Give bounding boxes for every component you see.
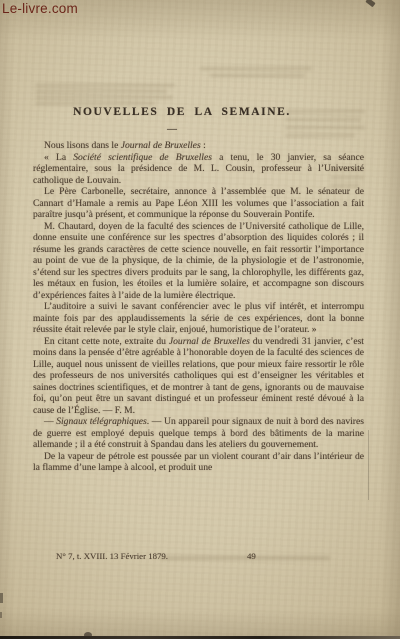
show-through-smudge [210,74,305,77]
italic-text: Société scientifique de Bruxelles [73,152,212,163]
scanned-page: Le-livre.com NOUVELLES DE LA SEMAINE. — … [0,0,400,639]
show-through-smudge [35,90,167,93]
text-run: Nous lisons dans le [44,140,121,151]
paragraph: — Signaux télégraphiques. — Un appareil … [33,416,364,451]
text-run: « La [44,152,73,163]
issue-info: N° 7, t. XVIII. 13 Février 1879. [56,551,168,561]
ink-mark [0,612,2,618]
paragraph: En citant cette note, extraite du Journa… [33,336,364,417]
article-title: NOUVELLES DE LA SEMAINE. [0,106,364,118]
paragraph: M. Chautard, doyen de la faculté des sci… [33,221,364,302]
body-text: Nous lisons dans le Journal de Bruxelles… [33,140,364,474]
paragraph: De la vapeur de pétrole est poussée par … [33,451,364,474]
show-through-smudge [35,102,155,105]
text-run: L’auditoire a suivi le savant conférenci… [33,301,364,335]
show-through-smudge [35,96,173,99]
text-run: M. Chautard, doyen de la faculté des sci… [33,221,364,301]
italic-text: Journal de Bruxelles [169,336,250,347]
text-run: : [201,140,206,151]
italic-text: Journal de Bruxelles [121,140,201,151]
paragraph: L’auditoire a suivi le savant conférenci… [33,301,364,336]
ink-mark [365,0,375,7]
show-through-smudge [200,67,312,70]
title-divider: — [0,124,344,135]
page-number: 49 [247,551,256,561]
ink-mark [0,593,3,603]
italic-text: Signaux télégraphiques [56,416,147,427]
paragraph: « La Société scientifique de Bruxelles a… [33,152,364,187]
scratch-mark [368,430,369,500]
page-footer: N° 7, t. XVIII. 13 Février 1879. 49 [33,551,364,565]
text-run: — [44,416,56,427]
paragraph: Le Père Carbonelle, secrétaire, annonce … [33,186,364,221]
show-through-smudge [35,84,175,87]
text-run: du vendredi 31 janvier, c’est moins dans… [33,336,364,416]
watermark: Le-livre.com [2,1,78,16]
text-run: Le Père Carbonelle, secrétaire, annonce … [33,186,364,220]
text-run: De la vapeur de pétrole est poussée par … [33,451,364,474]
show-through-smudge [285,118,361,121]
text-run: En citant cette note, extraite du [44,336,169,347]
paragraph: Nous lisons dans le Journal de Bruxelles… [33,140,364,152]
